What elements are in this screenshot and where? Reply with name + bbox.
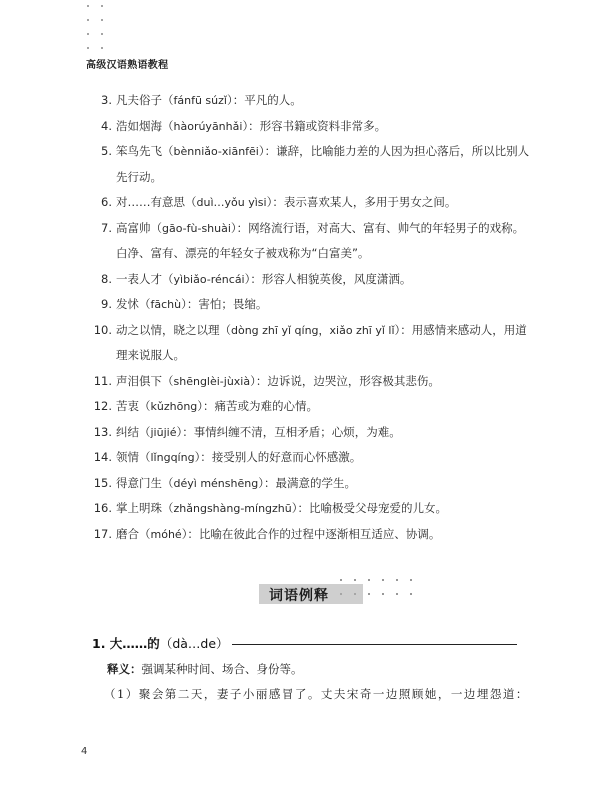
vocab-definition: 事情纠缠不清，互相矛盾；心烦，为难。: [194, 425, 401, 439]
vocabulary-list: 3.凡夫俗子（fánfū súzǐ）：平凡的人。 4.浩如烟海（hàorúyān…: [92, 88, 532, 547]
vocab-definition: 形容人相貌英俊，风度潇洒。: [262, 272, 412, 286]
item-number: 10.: [92, 318, 112, 344]
section-title: 词语例释: [269, 585, 329, 605]
item-number: 11.: [92, 369, 112, 395]
decor-dot: [382, 593, 384, 595]
item-number: 4.: [92, 114, 112, 140]
vocab-pinyin: duì…yǒu yìsi: [197, 196, 267, 209]
vocab-term: 领情: [116, 450, 139, 464]
entry-term: 1. 大……的: [92, 636, 160, 651]
vocab-term: 磨合: [116, 527, 139, 541]
decor-dot: [340, 593, 342, 595]
page-number: 4: [81, 746, 87, 757]
vocab-item: 10.动之以情，晓之以理（dòng zhī yǐ qíng，xiǎo zhī y…: [92, 318, 532, 369]
vocab-item: 12.苦衷（kǔzhōng）：痛苦或为难的心情。: [92, 394, 532, 420]
vocab-item: 6.对……有意思（duì…yǒu yìsi）：表示喜欢某人，多用于男女之间。: [92, 190, 532, 216]
item-number: 5.: [92, 139, 112, 165]
item-number: 15.: [92, 471, 112, 497]
vocab-item: 5.笨鸟先飞（bènniǎo-xiānfēi）：谦辞，比喻能力差的人因为担心落后…: [92, 139, 532, 190]
decor-dot: [101, 19, 103, 21]
item-number: 7.: [92, 216, 112, 242]
decor-dot: [396, 579, 398, 581]
header-decoration-dots: [87, 5, 107, 50]
item-number: 17.: [92, 522, 112, 548]
definition-text: 强调某种时间、场合、身份等。: [142, 662, 303, 676]
vocab-pinyin: bènniǎo-xiānfēi: [174, 145, 259, 158]
decor-dot: [87, 5, 89, 7]
vocab-pinyin: yìbiǎo-réncái: [174, 273, 245, 286]
vocab-definition: 害怕；畏缩。: [198, 297, 267, 311]
vocab-pinyin: shēnglèi-jùxià: [174, 375, 251, 388]
vocab-pinyin: zhǎngshàng-míngzhū: [174, 502, 292, 515]
item-number: 16.: [92, 496, 112, 522]
vocab-term: 对……有意思: [116, 195, 185, 209]
vocab-pinyin: kǔzhōng: [151, 400, 198, 413]
vocab-term: 声泪俱下: [116, 374, 162, 388]
entry-pinyin: （dà…de）: [160, 636, 229, 651]
vocab-pinyin: déyì ménshēng: [174, 477, 259, 490]
vocab-definition: 接受别人的好意而心怀感激。: [212, 450, 362, 464]
definition-label: 释义：: [107, 662, 142, 676]
decor-dot: [87, 33, 89, 35]
vocab-item: 9.发怵（fāchù）：害怕；畏缩。: [92, 292, 532, 318]
vocab-pinyin: fāchù: [151, 298, 182, 311]
vocab-item: 16.掌上明珠（zhǎngshàng-míngzhū）：比喻极受父母宠爱的儿女。: [92, 496, 532, 522]
vocab-term: 得意门生: [116, 476, 162, 490]
entry-example: （1）聚会第二天，妻子小丽感冒了。丈夫宋奇一边照顾她，一边埋怨道：: [104, 686, 529, 702]
decor-dot: [410, 593, 412, 595]
item-number: 13.: [92, 420, 112, 446]
vocab-definition: 边诉说，边哭泣，形容极其悲伤。: [267, 374, 440, 388]
decor-dot: [368, 593, 370, 595]
vocab-item: 3.凡夫俗子（fánfū súzǐ）：平凡的人。: [92, 88, 532, 114]
vocab-item: 7.高富帅（gāo-fù-shuài）：网络流行语，对高大、富有、帅气的年轻男子…: [92, 216, 532, 267]
vocab-item: 4.浩如烟海（hàorúyānhǎi）：形容书籍或资料非常多。: [92, 114, 532, 140]
decor-dot: [368, 579, 370, 581]
decor-dot: [87, 47, 89, 49]
vocab-item: 13.纠结（jiūjié）：事情纠缠不清，互相矛盾；心烦，为难。: [92, 420, 532, 446]
book-title: 高级汉语熟语教程: [86, 56, 168, 71]
vocab-definition: 表示喜欢某人，多用于男女之间。: [284, 195, 457, 209]
vocab-term: 发怵: [116, 297, 139, 311]
vocab-term: 掌上明珠: [116, 501, 162, 515]
vocab-item: 15.得意门生（déyì ménshēng）：最满意的学生。: [92, 471, 532, 497]
vocab-term: 高富帅: [116, 221, 151, 235]
vocab-term: 浩如烟海: [116, 119, 162, 133]
vocab-pinyin: fánfū súzǐ: [174, 94, 227, 107]
decor-dot: [101, 47, 103, 49]
decor-dot: [410, 579, 412, 581]
vocab-term: 纠结: [116, 425, 139, 439]
decor-dot: [87, 19, 89, 21]
item-number: 9.: [92, 292, 112, 318]
vocab-pinyin: lǐngqíng: [151, 451, 195, 464]
vocab-definition: 形容书籍或资料非常多。: [260, 119, 387, 133]
vocab-item: 14.领情（lǐngqíng）：接受别人的好意而心怀感激。: [92, 445, 532, 471]
vocab-item: 11.声泪俱下（shēnglèi-jùxià）：边诉说，边哭泣，形容极其悲伤。: [92, 369, 532, 395]
vocab-term: 动之以情，晓之以理: [116, 323, 220, 337]
vocab-definition: 比喻极受父母宠爱的儿女。: [309, 501, 447, 515]
vocab-definition: 痛苦或为难的心情。: [215, 399, 319, 413]
vocab-term: 苦衷: [116, 399, 139, 413]
item-number: 14.: [92, 445, 112, 471]
vocab-definition: 比喻在彼此合作的过程中逐渐相互适应、协调。: [199, 527, 441, 541]
entry-heading: 1. 大……的（dà…de）: [92, 634, 229, 652]
vocab-item: 17.磨合（móhé）：比喻在彼此合作的过程中逐渐相互适应、协调。: [92, 522, 532, 548]
vocab-definition: 最满意的学生。: [275, 476, 356, 490]
decor-dot: [382, 579, 384, 581]
decor-dot: [396, 593, 398, 595]
item-number: 3.: [92, 88, 112, 114]
vocab-pinyin: hàorúyānhǎi: [174, 120, 243, 133]
vocab-pinyin: gāo-fù-shuài: [162, 222, 231, 235]
entry-definition: 释义：强调某种时间、场合、身份等。: [107, 661, 303, 677]
item-number: 8.: [92, 267, 112, 293]
vocab-term: 笨鸟先飞: [116, 144, 162, 158]
section-decoration-dots: [330, 579, 420, 604]
decor-dot: [101, 5, 103, 7]
entry-divider: [232, 644, 517, 645]
vocab-pinyin: jiūjié: [151, 426, 177, 439]
vocab-definition: 平凡的人。: [244, 93, 302, 107]
item-number: 12.: [92, 394, 112, 420]
vocab-item: 8.一表人才（yìbiǎo-réncái）：形容人相貌英俊，风度潇洒。: [92, 267, 532, 293]
item-number: 6.: [92, 190, 112, 216]
decor-dot: [101, 33, 103, 35]
vocab-pinyin: móhé: [151, 528, 182, 541]
vocab-term: 一表人才: [116, 272, 162, 286]
decor-dot: [340, 579, 342, 581]
vocab-term: 凡夫俗子: [116, 93, 162, 107]
decor-dot: [354, 593, 356, 595]
vocab-pinyin: dòng zhī yǐ qíng，xiǎo zhī yǐ lǐ: [231, 324, 395, 337]
decor-dot: [354, 579, 356, 581]
